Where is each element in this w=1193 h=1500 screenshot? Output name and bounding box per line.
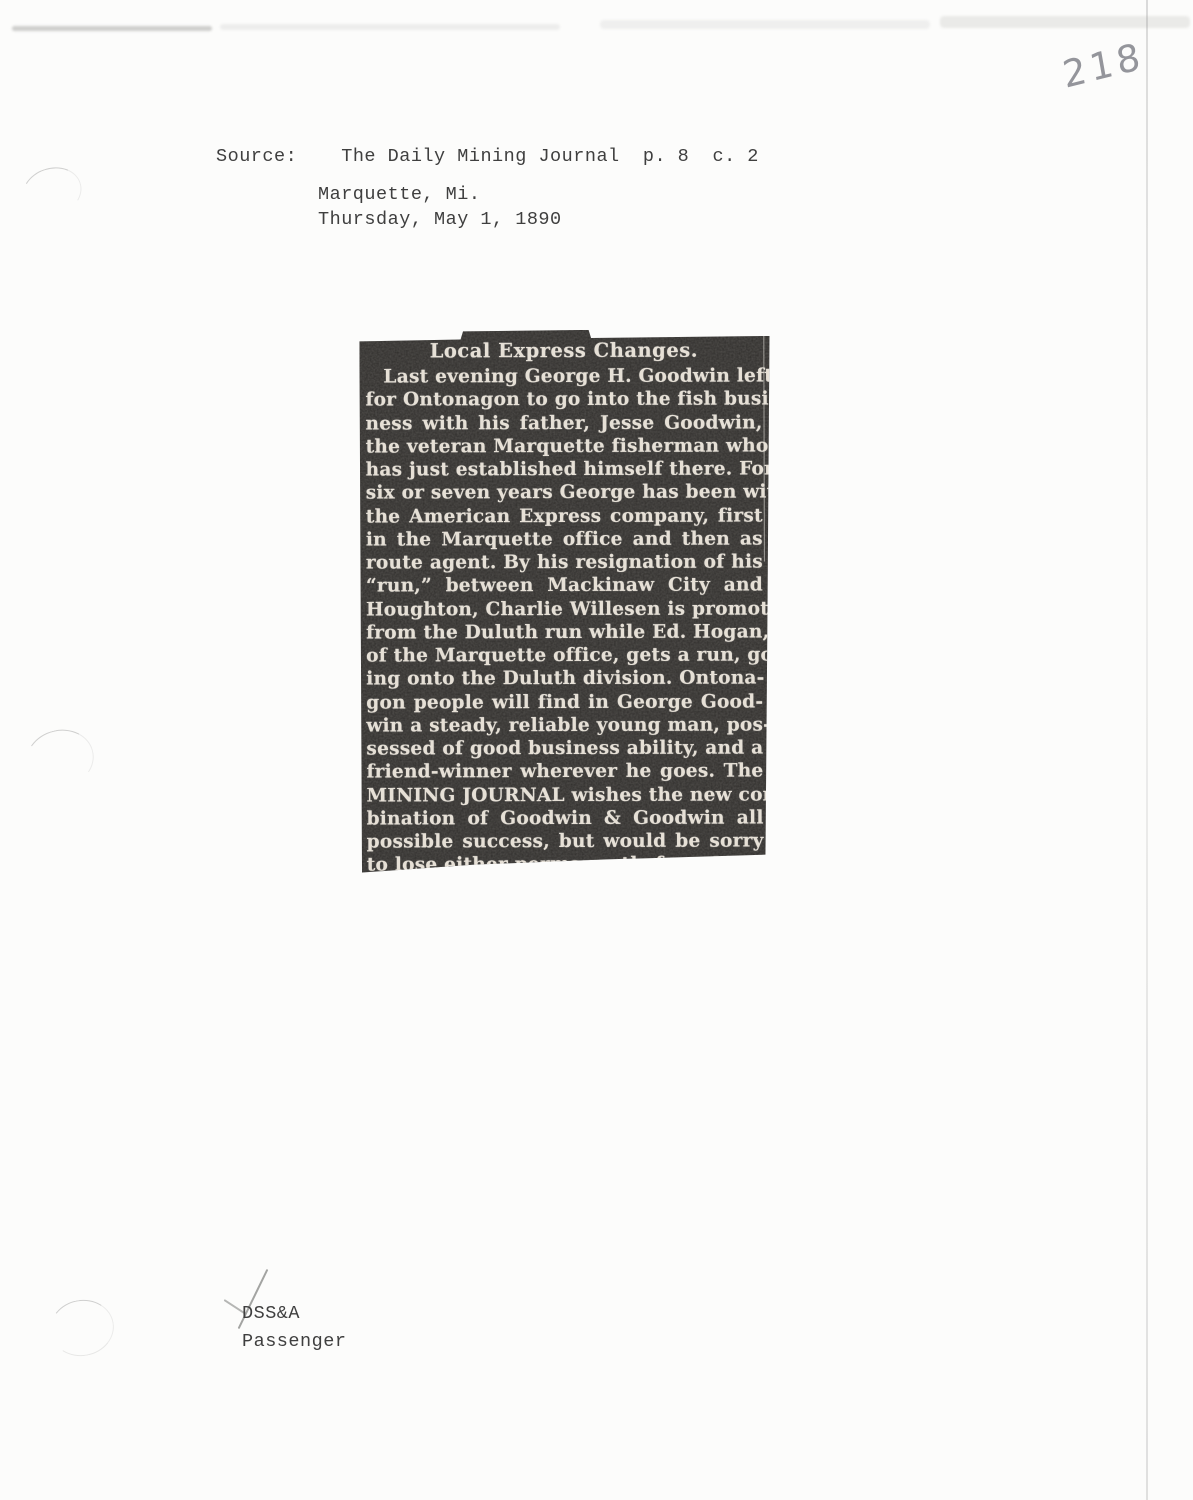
scanned-page: 218 Source:The Daily Mining Journal p. 8…	[0, 0, 1193, 1500]
clipping-line: gon people will find in George Good-	[366, 690, 763, 714]
clipping-line: MINING JOURNAL wishes the new com-	[366, 783, 763, 807]
page-edge-line	[1146, 0, 1148, 1500]
clipping-line: from the Duluth run while Ed. Hogan,	[366, 620, 763, 644]
clipping-line: to lose either permanently from Mar-	[367, 853, 764, 877]
source-label: Source:	[216, 146, 297, 167]
handwritten-page-number: 218	[1059, 34, 1147, 96]
clipping-line: possible success, but would be sorry	[367, 829, 764, 853]
clipping-body: Last evening George H. Goodwin leftfor O…	[365, 364, 763, 900]
clipping-line: six or seven years George has been with	[366, 481, 763, 505]
annotation-railroad: DSS&A	[242, 1303, 300, 1324]
clipping-line: has just established himself there. For	[366, 457, 763, 481]
clipping-text: Local Express Changes. Last evening Geor…	[357, 329, 771, 900]
source-date: Thursday, May 1, 1890	[318, 209, 562, 230]
clipping-line: bination of Goodwin & Goodwin all	[367, 806, 764, 830]
source-publication: The Daily Mining Journal p. 8 c. 2	[341, 146, 759, 167]
annotation-category: Passenger	[242, 1331, 346, 1352]
scan-artifact	[940, 16, 1190, 28]
clipping-line: route agent. By his resignation of his	[366, 550, 763, 574]
clipping-headline: Local Express Changes.	[365, 338, 762, 362]
source-line: Source:The Daily Mining Journal p. 8 c. …	[216, 146, 759, 167]
clipping-line: friend-winner wherever he goes. The	[366, 760, 763, 784]
source-location: Marquette, Mi.	[318, 184, 480, 205]
clipping-line: for Ontonagon to go into the fish busi-	[365, 388, 762, 412]
scan-artifact	[220, 24, 560, 30]
clipping-line: ing onto the Duluth division. Ontona-	[366, 667, 763, 691]
clipping-line: in the Marquette office and then as	[366, 527, 763, 551]
scan-artifact	[12, 26, 212, 31]
clipping-line: quette.	[367, 876, 764, 900]
scan-artifact	[600, 20, 930, 29]
punch-hole-arc	[20, 723, 100, 796]
clipping-line: “run,” between Mackinaw City and	[366, 574, 763, 598]
newspaper-clipping: Local Express Changes. Last evening Geor…	[357, 329, 771, 872]
clipping-line: the veteran Marquette fisherman who	[366, 434, 763, 458]
clipping-line: of the Marquette office, gets a run, go-	[366, 643, 763, 667]
clipping-line: Last evening George H. Goodwin left	[365, 364, 762, 388]
clipping-line: sessed of good business ability, and a	[366, 736, 763, 760]
clipping-line: Houghton, Charlie Willesen is promoted	[366, 597, 763, 621]
clipping-line: the American Express company, first	[366, 504, 763, 528]
punch-hole-arc	[16, 160, 88, 224]
punch-hole-arc	[46, 1295, 119, 1361]
clipping-line: ness with his father, Jesse Goodwin,	[366, 411, 763, 435]
clipping-line: win a steady, reliable young man, pos-	[366, 713, 763, 737]
